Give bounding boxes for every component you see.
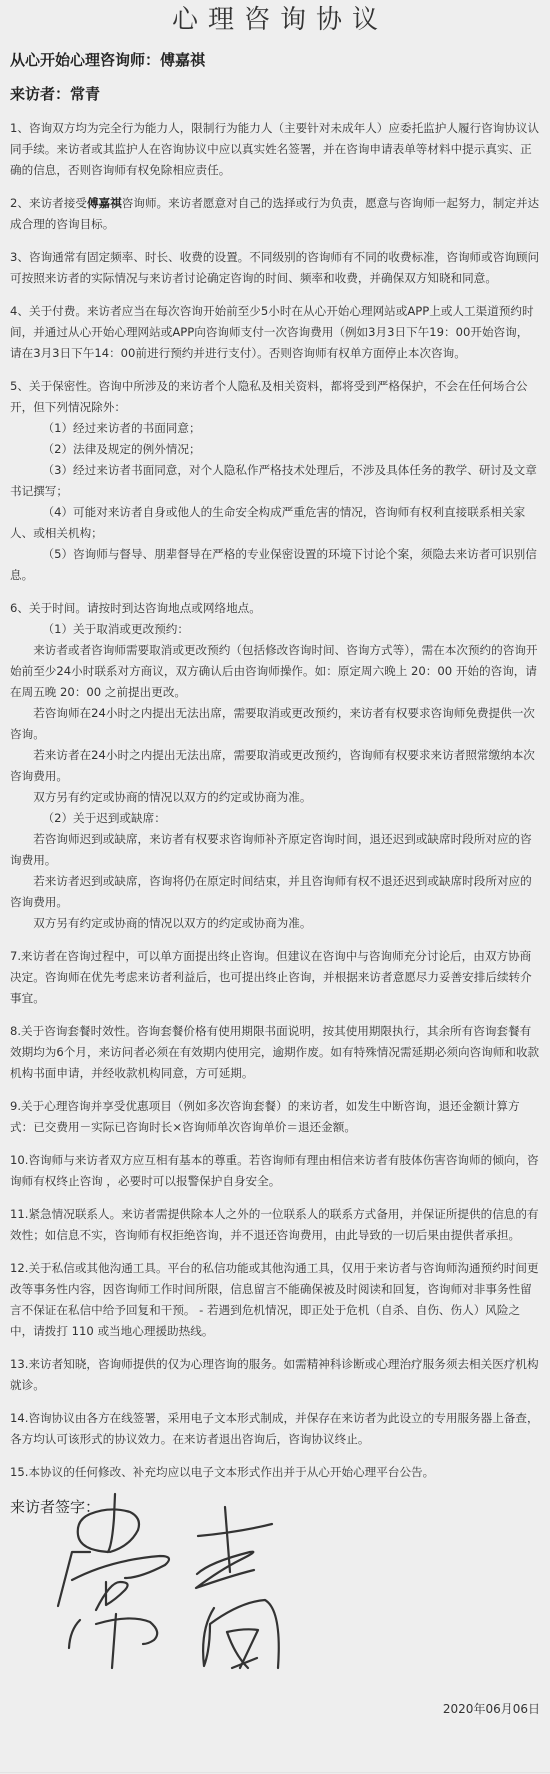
- clause-4: 4、关于付费。来访者应当在每次咨询开始前至少5小时在从心开始心理网站或APP上或…: [10, 301, 540, 364]
- clause-item: （3）经过来访者书面同意，对个人隐私作严格技术处理后，不涉及具体任务的教学、研讨…: [10, 460, 540, 502]
- clause-text: 4、关于付费。来访者应当在每次咨询开始前至少5小时在从心开始心理网站或APP上或…: [10, 301, 540, 364]
- clause-6: 6、关于时间。请按时到达咨询地点或网络地点。 （1）关于取消或更改预约： 来访者…: [10, 598, 540, 934]
- agreement-document: 心理咨询协议 从心开始心理咨询师：傅嘉祺 来访者：常青 1、咨询双方均为完全行为…: [0, 0, 550, 1517]
- clause-text: 12.关于私信或其他沟通工具。平台的私信功能或其他沟通工具，仅用于来访者与咨询师…: [10, 1258, 540, 1342]
- subsection-title: （2）关于迟到或缺席：: [10, 808, 540, 829]
- clause-10: 10.咨询师与来访者双方应互相有基本的尊重。若咨询师有理由相信来访者有肢体伤害咨…: [10, 1150, 540, 1192]
- document-title: 心理咨询协议: [10, 0, 540, 42]
- clause-13: 13.来访者知晓，咨询师提供的仅为心理咨询的服务。如需精神科诊断或心理治疗服务须…: [10, 1354, 540, 1396]
- sign-date: 2020年06月06日: [443, 1700, 540, 1717]
- visitor-line: 来访者：常青: [10, 84, 540, 104]
- clause-list: 1、咨询双方均为完全行为能力人，限制行为能力人（主要针对未成年人）应委托监护人履…: [10, 118, 540, 1483]
- clause-item: （5）咨询师与督导、朋辈督导在严格的专业保密设置的环境下讨论个案，须隐去来访者可…: [10, 544, 540, 586]
- clause-text: 9.关于心理咨询并享受优惠项目（例如多次咨询套餐）的来访者，如发生中断咨询，退还…: [10, 1096, 540, 1138]
- counselor-name-emphasis: 傅嘉祺: [87, 196, 122, 210]
- clause-text: 13.来访者知晓，咨询师提供的仅为心理咨询的服务。如需精神科诊断或心理治疗服务须…: [10, 1354, 540, 1396]
- clause-14: 14.咨询协议由各方在线签署，采用电子文本形式制成，并保存在来访者为此设立的专用…: [10, 1408, 540, 1450]
- clause-text-prefix: 2、来访者接受: [10, 196, 87, 210]
- clause-5: 5、关于保密性。咨询中所涉及的来访者个人隐私及相关资料，都将受到严格保护，不会在…: [10, 376, 540, 586]
- clause-item: 若来访者在24小时之内提出无法出席，需要取消或更改预约，咨询师有权要求来访者照常…: [10, 745, 540, 787]
- clause-9: 9.关于心理咨询并享受优惠项目（例如多次咨询套餐）的来访者，如发生中断咨询，退还…: [10, 1096, 540, 1138]
- clause-12: 12.关于私信或其他沟通工具。平台的私信功能或其他沟通工具，仅用于来访者与咨询师…: [10, 1258, 540, 1342]
- clause-text: 1、咨询双方均为完全行为能力人，限制行为能力人（主要针对未成年人）应委托监护人履…: [10, 118, 540, 181]
- clause-8: 8.关于咨询套餐时效性。咨询套餐价格有使用期限书面说明，按其使用期限执行，其余所…: [10, 1021, 540, 1084]
- clause-item: （2）法律及规定的例外情况；: [10, 439, 540, 460]
- clause-item: （1）经过来访者的书面同意；: [10, 418, 540, 439]
- clause-item: 双方另有约定或协商的情况以双方的约定或协商为准。: [10, 913, 540, 934]
- clause-item: 双方另有约定或协商的情况以双方的约定或协商为准。: [10, 787, 540, 808]
- handwritten-signature: [50, 1490, 300, 1690]
- bottom-divider: [0, 1772, 550, 1773]
- clause-2: 2、来访者接受傅嘉祺咨询师。来访者愿意对自己的选择或行为负责，愿意与咨询师一起努…: [10, 193, 540, 235]
- clause-7: 7.来访者在咨询过程中，可以单方面提出终止咨询。但建议在咨询中与咨询师充分讨论后…: [10, 946, 540, 1009]
- clause-item: 来访者或者咨询师需要取消或更改预约（包括修改咨询时间、咨询方式等），需在本次预约…: [10, 640, 540, 703]
- clause-text: 10.咨询师与来访者双方应互相有基本的尊重。若咨询师有理由相信来访者有肢体伤害咨…: [10, 1150, 540, 1192]
- clause-3: 3、咨询通常有固定频率、时长、收费的设置。不同级别的咨询师有不同的收费标准，咨询…: [10, 247, 540, 289]
- clause-text: 8.关于咨询套餐时效性。咨询套餐价格有使用期限书面说明，按其使用期限执行，其余所…: [10, 1021, 540, 1084]
- clause-text: 2、来访者接受傅嘉祺咨询师。来访者愿意对自己的选择或行为负责，愿意与咨询师一起努…: [10, 193, 540, 235]
- clause-15: 15.本协议的任何修改、补充均应以电子文本形式作出并于从心开始心理平台公告。: [10, 1462, 540, 1483]
- clause-item: 若咨询师迟到或缺席，来访者有权要求咨询师补齐原定咨询时间，退还迟到或缺席时段所对…: [10, 829, 540, 871]
- clause-1: 1、咨询双方均为完全行为能力人，限制行为能力人（主要针对未成年人）应委托监护人履…: [10, 118, 540, 181]
- clause-item: 若来访者迟到或缺席，咨询将仍在原定时间结束，并且咨询师有权不退还迟到或缺席时段所…: [10, 871, 540, 913]
- counselor-line: 从心开始心理咨询师：傅嘉祺: [10, 50, 540, 70]
- clause-text: 15.本协议的任何修改、补充均应以电子文本形式作出并于从心开始心理平台公告。: [10, 1462, 540, 1483]
- clause-text: 14.咨询协议由各方在线签署，采用电子文本形式制成，并保存在来访者为此设立的专用…: [10, 1408, 540, 1450]
- clause-intro: 6、关于时间。请按时到达咨询地点或网络地点。: [10, 598, 540, 619]
- clause-text: 7.来访者在咨询过程中，可以单方面提出终止咨询。但建议在咨询中与咨询师充分讨论后…: [10, 946, 540, 1009]
- clause-intro: 5、关于保密性。咨询中所涉及的来访者个人隐私及相关资料，都将受到严格保护，不会在…: [10, 376, 540, 418]
- subsection-title: （1）关于取消或更改预约：: [10, 619, 540, 640]
- clause-text: 3、咨询通常有固定频率、时长、收费的设置。不同级别的咨询师有不同的收费标准，咨询…: [10, 247, 540, 289]
- clause-11: 11.紧急情况联系人。来访者需提供除本人之外的一位联系人的联系方式备用，并保证所…: [10, 1204, 540, 1246]
- clause-item: （4）可能对来访者自身或他人的生命安全构成严重危害的情况，咨询师有权利直接联系相…: [10, 502, 540, 544]
- clause-text: 11.紧急情况联系人。来访者需提供除本人之外的一位联系人的联系方式备用，并保证所…: [10, 1204, 540, 1246]
- clause-item: 若咨询师在24小时之内提出无法出席，需要取消或更改预约，来访者有权要求咨询师免费…: [10, 703, 540, 745]
